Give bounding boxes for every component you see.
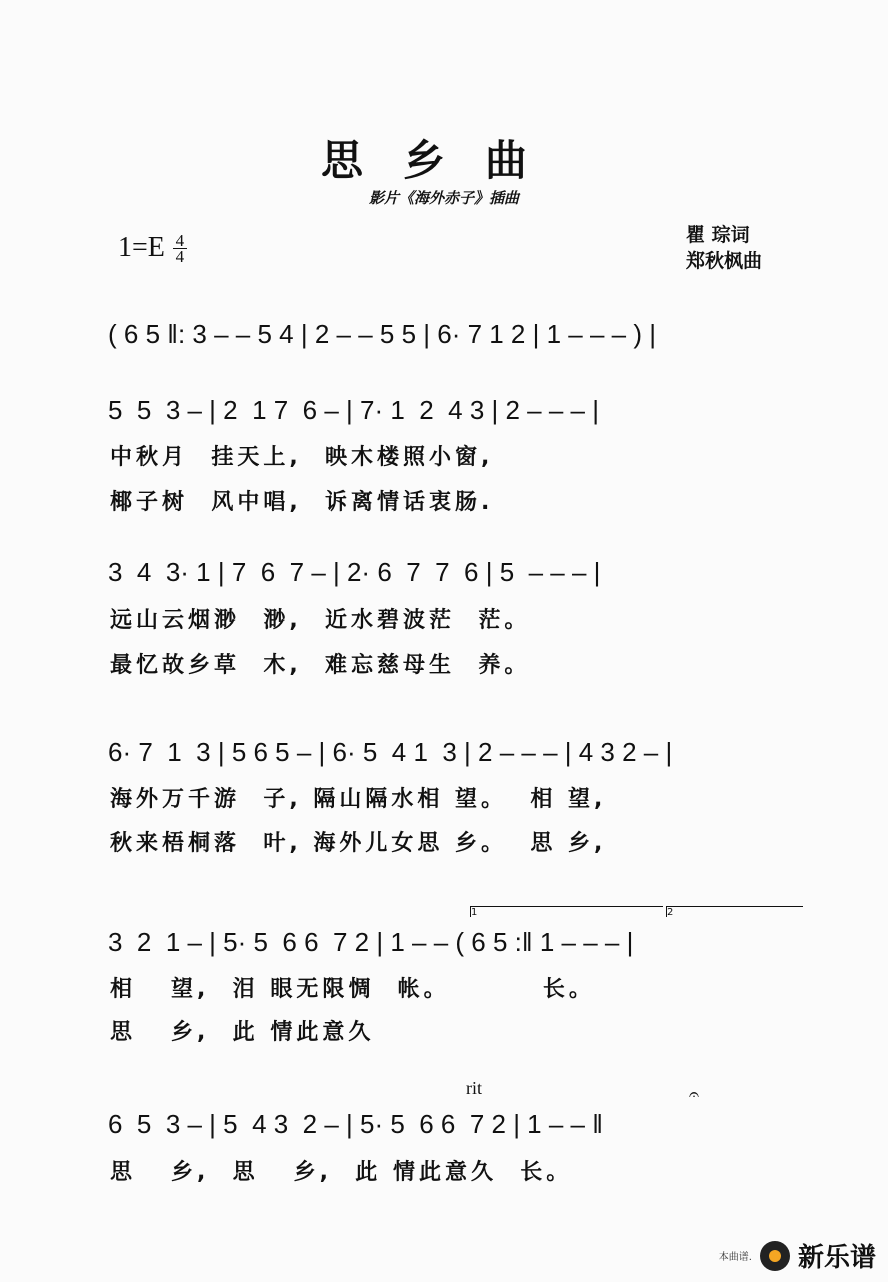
lyric-verse-1: 思 乡, 思 乡, 此 情此意久 长。	[110, 1155, 572, 1186]
volta-bracket-1: 1	[470, 906, 663, 917]
score-line-1: ( 6 5 ‖: 3 – – 5 4 | 2 – – 5 5 | 6· 7 1 …	[108, 314, 808, 354]
score-line-2: 5 5 3 – | 2 1 7 6 – | 7· 1 2 4 3 | 2 – –…	[108, 390, 808, 430]
volta-bracket-2: 2	[666, 906, 803, 917]
key-label: 1=E	[118, 232, 165, 264]
lyric-verse-1: 远山云烟渺 渺, 近水碧波茫 茫。	[110, 603, 530, 634]
volta-number: 2	[667, 907, 673, 918]
watermark: 本曲谱. 新乐谱	[719, 1237, 876, 1274]
ritardando-mark: rit	[466, 1078, 482, 1099]
score-line-6: 6 5 3 – | 5 4 3 2 – | 5· 5 6 6 7 2 | 1 –…	[108, 1104, 808, 1144]
watermark-note: 本曲谱.	[719, 1248, 752, 1263]
key-signature: 1=E 4 4	[118, 232, 187, 264]
song-title: 思乡曲	[0, 128, 888, 188]
notation: 5 5 3 – | 2 1 7 6 – | 7· 1 2 4 3 | 2 – –…	[108, 390, 599, 430]
lyric-verse-1: 海外万千游 子, 隔山隔水相 望。 相 望,	[110, 782, 606, 813]
lyric-verse-2: 最忆故乡草 木, 难忘慈母生 养。	[110, 648, 530, 679]
notation: 6· 7 1 3 | 5 6 5 – | 6· 5 4 1 3 | 2 – – …	[108, 732, 672, 772]
volta-number: 1	[471, 907, 477, 918]
score-line-4: 6· 7 1 3 | 5 6 5 – | 6· 5 4 1 3 | 2 – – …	[108, 732, 808, 772]
notation: ( 6 5 ‖: 3 – – 5 4 | 2 – – 5 5 | 6· 7 1 …	[108, 314, 656, 354]
fermata-icon: 𝄐	[689, 1084, 699, 1105]
vinyl-record-icon	[760, 1241, 790, 1271]
brand-name: 新乐谱	[798, 1237, 876, 1274]
time-numerator: 4	[176, 233, 185, 248]
score-line-3: 3 4 3· 1 | 7 6 7 – | 2· 6 7 7 6 | 5 – – …	[108, 552, 808, 592]
notation: 6 5 3 – | 5 4 3 2 – | 5· 5 6 6 7 2 | 1 –…	[108, 1104, 603, 1144]
lyric-verse-1: 中秋月 挂天上, 映木楼照小窗,	[110, 440, 493, 471]
composer: 郑秋枫曲	[686, 248, 762, 274]
notation: 3 4 3· 1 | 7 6 7 – | 2· 6 7 7 6 | 5 – – …	[108, 552, 600, 592]
notation: 3 2 1 – | 5· 5 6 6 7 2 | 1 – – ( 6 5 :‖ …	[108, 922, 633, 962]
lyric-verse-2: 思 乡, 此 情此意久	[110, 1015, 374, 1046]
score-line-5: 3 2 1 – | 5· 5 6 6 7 2 | 1 – – ( 6 5 :‖ …	[108, 922, 808, 962]
lyricist: 瞿 琮词	[686, 222, 762, 248]
lyric-verse-2: 秋来梧桐落 叶, 海外儿女思 乡。 思 乡,	[110, 826, 606, 857]
lyric-verse-1: 相 望, 泪 眼无限惆 帐。 长。	[110, 972, 595, 1003]
credits: 瞿 琮词 郑秋枫曲	[686, 222, 762, 274]
song-subtitle: 影片《海外赤子》插曲	[0, 187, 888, 208]
time-denominator: 4	[176, 249, 185, 264]
time-signature: 4 4	[173, 233, 187, 264]
lyric-verse-2: 椰子树 风中唱, 诉离情话衷肠.	[110, 485, 493, 516]
